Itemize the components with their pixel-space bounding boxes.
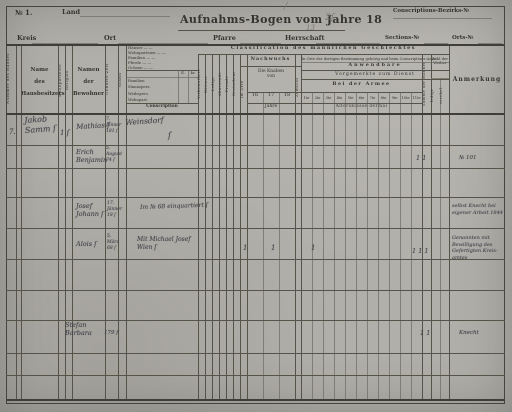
page-title: Aufnahms-Bogen vom Jahre 18 bbox=[180, 14, 382, 26]
handwritten-line: № 101 bbox=[459, 155, 476, 162]
handwritten-entry: selbst Knecht beieigener Arbeit 1844 bbox=[452, 203, 503, 216]
handwritten-entry: 1 1 bbox=[420, 329, 430, 337]
armee-label: Bei der Armee bbox=[301, 82, 422, 87]
handwritten-entry: Genannten mitBewilligung desGefertigten … bbox=[452, 235, 498, 261]
scanned-document: { "palette": { "paper":"#b1afa9", "ink":… bbox=[0, 0, 512, 412]
class-col-header: 6te bbox=[356, 96, 367, 100]
handwritten-entry: ErichBenjamin bbox=[76, 148, 107, 165]
grid-hline bbox=[80, 16, 170, 17]
handwritten-line: 1 bbox=[311, 244, 315, 253]
handwritten-entry: 1 1 1 bbox=[412, 247, 429, 255]
handwritten-line: Samm ſ bbox=[25, 124, 57, 137]
handwritten-line: 1 bbox=[271, 244, 275, 253]
grid-hline bbox=[6, 290, 505, 291]
handwritten-line: Benjamin bbox=[76, 156, 107, 164]
handwritten-line: 74 ſ bbox=[106, 158, 122, 164]
handwritten-line: 13 bbox=[306, 24, 315, 33]
handwritten-line: eigener Arbeit 1844 bbox=[452, 210, 503, 217]
grid-hline bbox=[393, 18, 492, 19]
grid-hline bbox=[6, 399, 505, 401]
grid-vline bbox=[72, 44, 73, 399]
grid-hline bbox=[301, 70, 449, 71]
pencil-mark: 13 bbox=[306, 24, 315, 33]
handwritten-entry: JakobSamm ſ bbox=[24, 114, 56, 137]
orts-number-label: Orts-№ bbox=[452, 35, 474, 41]
grid-hline bbox=[6, 168, 505, 169]
handwritten-line: Gefertigten Kreis- bbox=[452, 248, 498, 255]
grid-vline bbox=[21, 44, 22, 399]
grid-hline bbox=[431, 78, 449, 79]
handwritten-line: 18 ſ bbox=[107, 213, 122, 219]
grid-hline bbox=[126, 103, 198, 104]
pfarre-label: Pfarre bbox=[213, 35, 236, 42]
grid-hline bbox=[6, 113, 505, 115]
handwritten-entry: Alois ſ bbox=[76, 240, 97, 248]
class-col-header: 10te bbox=[400, 96, 411, 100]
class-col-header: 3te bbox=[323, 96, 334, 100]
grid-hline bbox=[198, 54, 449, 55]
classification-top-note: In Orte der dortigen Bestimmung gehörig … bbox=[301, 57, 437, 61]
form-number: № 1. bbox=[15, 9, 32, 17]
grid-vline bbox=[240, 54, 241, 399]
handwritten-line: 7. bbox=[9, 128, 16, 137]
grid-hline bbox=[240, 66, 301, 67]
handwritten-entry: 7. bbox=[9, 128, 16, 137]
grid-hline bbox=[32, 43, 98, 44]
handwritten-line: Mit Michael Josef bbox=[137, 236, 191, 244]
pencil-mark: 2ſ bbox=[325, 13, 334, 25]
handwritten-line: August bbox=[106, 152, 122, 158]
grid-hline bbox=[6, 44, 505, 46]
women-subcolumn-header: verehel. bbox=[440, 80, 449, 111]
grid-vline bbox=[118, 44, 119, 399]
handwritten-line: ſ bbox=[168, 131, 171, 141]
grid-hline bbox=[126, 77, 198, 78]
grid-hline bbox=[6, 375, 505, 376]
age-col-header: 18 bbox=[279, 93, 295, 99]
herrschaft-label: Herrschaft bbox=[285, 35, 324, 42]
handwritten-line: amtes bbox=[452, 255, 498, 262]
land-label: Land bbox=[62, 9, 80, 16]
handwritten-line: Erich bbox=[76, 148, 107, 156]
age-col-header: 16 bbox=[247, 93, 263, 99]
grid-hline bbox=[6, 259, 505, 260]
handwritten-entry: 1 bbox=[311, 244, 315, 253]
class-col-header: 4te bbox=[334, 96, 345, 100]
handwritten-line: 1 bbox=[243, 244, 247, 253]
class-col-header: 9te bbox=[389, 96, 400, 100]
nachwuchs-label: Nachwuchs bbox=[240, 57, 301, 62]
handwritten-line: Alois ſ bbox=[76, 240, 97, 248]
handwritten-entry: 1 1 bbox=[416, 154, 426, 162]
handwritten-line: Jänner bbox=[107, 207, 122, 213]
grid-vline bbox=[178, 70, 179, 103]
residence-box-footer: Conscription bbox=[126, 105, 198, 110]
age-col-header: 17 bbox=[263, 93, 279, 99]
handwritten-line: Jänner bbox=[106, 123, 121, 129]
handwritten-entry: 1 bbox=[271, 244, 275, 253]
grid-vline bbox=[301, 54, 302, 399]
handwritten-line: Knecht bbox=[459, 330, 479, 337]
class-col-header: 5te bbox=[345, 96, 356, 100]
handwritten-line: 1 1 bbox=[416, 154, 426, 162]
grid-hline bbox=[316, 43, 380, 44]
nachwuchs-rotated-label: Im Orte bbox=[240, 68, 247, 111]
grid-vline bbox=[65, 44, 66, 399]
grid-hline bbox=[178, 30, 345, 31]
grid-hline bbox=[6, 353, 505, 354]
grid-hline bbox=[6, 197, 505, 198]
residence-box-rows: FamilienMannspers.Weibspers.Wohnpart. bbox=[128, 78, 178, 103]
grid-vline bbox=[126, 44, 127, 399]
ort-label: Ort bbox=[104, 35, 116, 42]
handwritten-line: Wien ſ bbox=[137, 244, 191, 252]
grid-hline bbox=[301, 62, 449, 63]
grid-hline bbox=[301, 79, 449, 80]
handwritten-line: 2ſ bbox=[325, 13, 334, 25]
handwritten-entry: 17.Jänner18 ſ bbox=[107, 201, 122, 219]
grid-hline bbox=[118, 43, 208, 44]
handwritten-line: 1 ſ bbox=[60, 129, 69, 138]
handwritten-entry: Knecht bbox=[459, 330, 479, 337]
grid-vline bbox=[188, 70, 189, 103]
grid-hline bbox=[478, 43, 502, 44]
handwritten-line: 181 ſ bbox=[106, 129, 121, 135]
handwritten-entry: ſ bbox=[168, 131, 171, 141]
grid-vline bbox=[295, 54, 296, 399]
pencil-mark: ∕ bbox=[284, 0, 287, 13]
grid-hline bbox=[247, 103, 422, 104]
handwritten-line: Mathias ſ bbox=[76, 121, 110, 132]
grid-vline bbox=[449, 44, 450, 399]
column-header-stand: Stand bbox=[118, 50, 126, 110]
handwritten-entry: 1 bbox=[243, 244, 247, 253]
class-col-header: 7te bbox=[367, 96, 378, 100]
handwritten-line: März bbox=[107, 240, 119, 246]
column-header-house-number: Nummer des Hauses bbox=[6, 47, 16, 111]
grid-hline bbox=[126, 70, 198, 71]
grid-vline bbox=[105, 44, 106, 399]
class-col-header: 11te bbox=[411, 96, 422, 100]
handwritten-entry: 1 ſ bbox=[60, 129, 69, 138]
column-header-religion: Religion bbox=[65, 50, 72, 110]
column-header-bewohner: Namen der Bewohner bbox=[72, 64, 105, 100]
handwritten-entry: № 101 bbox=[459, 155, 476, 162]
knaben-label: Die Knaben von bbox=[247, 70, 295, 80]
handwritten-entry: JosefJohann ſ bbox=[76, 202, 103, 219]
column-header-sum-men: Summe der Männer bbox=[422, 56, 431, 111]
grid-hline bbox=[301, 92, 422, 93]
handwritten-line: 179 ſ bbox=[104, 330, 118, 337]
class-col-header: 1te bbox=[301, 96, 312, 100]
handwritten-entry: 5.März68 ſ bbox=[107, 234, 119, 252]
scanned-form-paper: № 1. Land Aufnahms-Bogen vom Jahre 18 Co… bbox=[0, 0, 512, 412]
handwritten-line: 68 ſ bbox=[107, 246, 119, 252]
altersklasse-label: Altersklasse dermal bbox=[301, 104, 422, 109]
handwritten-line: Barbara bbox=[65, 329, 92, 337]
grid-hline bbox=[424, 43, 448, 44]
handwritten-entry: 179 ſ bbox=[104, 330, 118, 337]
handwritten-line: ∕ bbox=[284, 0, 287, 13]
handwritten-line: Johann ſ bbox=[76, 210, 103, 218]
class-col-header: 2te bbox=[312, 96, 323, 100]
handwritten-line: selbst Knecht bei bbox=[452, 203, 503, 210]
section-number-label: Sections-№ bbox=[385, 35, 419, 41]
classification-title: Classification des männlichen Geschlecht… bbox=[198, 46, 449, 51]
handwritten-entry: 7.Jänner181 ſ bbox=[106, 117, 121, 135]
conscription-district-label: Conscriptions-Bezirks-№ bbox=[393, 8, 469, 14]
handwritten-entry: StefanBarbara bbox=[65, 321, 92, 338]
grid-vline bbox=[422, 54, 423, 399]
grid-hline bbox=[6, 228, 505, 229]
handwritten-entry: Mathias ſ bbox=[76, 121, 110, 132]
class-col-header: 8te bbox=[378, 96, 389, 100]
residence-box-top-list: Häuser — —Wohnparteien — —Familien — —Pf… bbox=[128, 46, 196, 70]
column-header-anmerkung: Anmerkung bbox=[449, 77, 505, 84]
residence-box-col-fl: fl. bbox=[178, 71, 188, 75]
kreis-label: Kreis bbox=[17, 35, 36, 42]
grid-hline bbox=[6, 145, 505, 146]
handwritten-line: 1 1 1 bbox=[412, 247, 429, 255]
column-header-owner: Name des Hausbesitzers bbox=[21, 64, 58, 100]
mid-rotated-column-header: Gestorbene bbox=[233, 57, 240, 111]
grid-vline bbox=[247, 54, 248, 399]
grid-vline bbox=[440, 78, 441, 399]
handwritten-line: 1 1 bbox=[420, 329, 430, 337]
handwritten-entry: Mit Michael JosefWien ſ bbox=[137, 236, 191, 252]
grid-vline bbox=[58, 44, 59, 399]
handwritten-entry: 5.August74 ſ bbox=[106, 146, 122, 164]
grid-vline bbox=[16, 44, 17, 399]
jahre-label: Jahre bbox=[247, 104, 295, 109]
grid-hline bbox=[240, 43, 281, 44]
